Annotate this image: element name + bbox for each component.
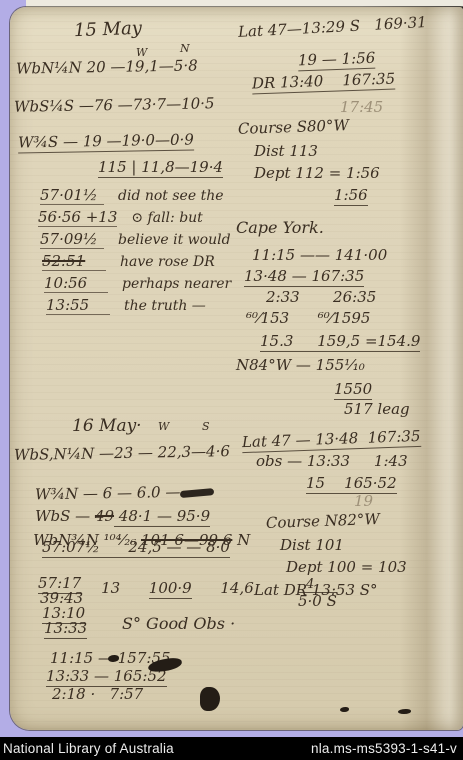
manuscript-line: Course S80°W [238,117,350,138]
manuscript-line: WbN¼N 20 —19,1—5·8 [16,57,198,77]
obs-row: 56·56 +13 ⊙ fall: but [38,209,203,227]
viewer-bottom-bar: National Library of Australia nla.ms-ms5… [0,737,463,760]
ink-blot [398,709,411,714]
manuscript-line: WbS,N¼N —23 — 22,3—4·6 [14,443,230,464]
library-label: National Library of Australia [3,741,174,756]
manuscript-line: 15.3 159,5 =154.9 [260,333,420,352]
manuscript-line: 517 leag [344,401,410,418]
line-text: N [232,531,250,549]
manuscript-line: obs — 13:33 1:43 [256,453,408,470]
manuscript-line: 57:07½ 24,5 — — 8·0 [42,539,230,558]
pencil-note: 19 [354,493,373,510]
manuscript-line: N84°W — 155⅒ [236,357,365,374]
manuscript-line: 2:18 · 7:57 [52,686,143,703]
date-heading-15-may: 15 May [74,19,143,42]
obs-note: ⊙ fall: but [131,210,202,226]
manuscript-page: 15 May W N WbN¼N 20 —19,1—5·8 WbS¼S —76 … [10,7,463,730]
obs-row: 57·01½ did not see the [40,187,224,205]
obs-number: 57·01½ [40,187,104,205]
obs-number: 52:51 [42,253,106,271]
manuscript-line: 11:15 —— 141·00 [252,247,387,264]
ink-blot [200,687,220,711]
manuscript-line: 2:33 26:35 [266,289,376,306]
obs-number: 56·56 +13 [38,209,117,227]
obs-number: 13:55 [46,297,110,315]
manuscript-line: 1:56 [334,187,368,206]
line-text: 13 [101,579,149,597]
pencil-note: 17:45 [340,99,383,116]
manuscript-line: 1550 [334,381,372,400]
manuscript-line: Dist 101 [280,537,344,554]
obs-row: 52:51 have rose DR [42,253,215,271]
obs-note: did not see the [118,188,224,204]
obs-row: 13:55 the truth — [46,297,206,315]
obs-note: perhaps nearer [122,276,231,292]
manuscript-line: Lat 47—13:29 S 169·31 [238,14,428,41]
obs-note: the truth — [124,298,206,314]
manuscript-line: 13 100·9 14,6 [82,563,254,615]
obs-number: 10:56 [44,275,108,293]
good-obs-note: S° Good Obs · [122,615,235,633]
obs-note: have rose DR [120,254,215,270]
obs-note: believe it would [118,232,231,248]
manuscript-line: 13·48 — 167:35 [244,268,364,287]
manuscript-line: WbS¼S —76 —73·7—10·5 [14,95,215,116]
column-header-s: S [202,421,210,434]
manuscript-line: ⁶⁰⁄153 ⁶⁰⁄1595 [246,310,370,327]
manuscript-line: Course N82°W [266,511,380,532]
date-heading-16-may: 16 May· [72,417,142,437]
obs-number: 57·09½ [40,231,104,249]
manuscript-line: Lat DR 13:53 S° [254,582,378,599]
column-header-w: W [158,421,169,434]
image-id-label: nla.ms-ms5393-1-s41-v [311,741,457,756]
line-text: 14,6 [192,579,254,597]
manuscript-line: Dept 100 = 103 [286,559,407,576]
manuscript-line: 19 — 1:56 [298,50,376,72]
obs-row: 10:56 perhaps nearer [44,275,231,293]
ink-blot [340,707,349,712]
wind-superscript-n: N [180,43,190,56]
cape-york-heading: Cape York. [236,219,324,237]
obs-row: 57·09½ believe it would [40,231,231,249]
manuscript-line: 115 | 11,8—19·4 [98,159,223,178]
manuscript-line: Lat 47 — 13·48 167:35 [242,428,421,453]
manuscript-line: 13:33 [44,620,87,639]
manuscript-line: DR 13:40 167:35 [252,71,396,95]
manuscript-line: Dist 113 [254,143,318,160]
manuscript-line: Dept 112 = 1:56 [254,165,380,182]
line-text: 100·9 [149,579,192,599]
manuscript-line: 15 165·52 [306,475,397,494]
manuscript-line: W¾S — 19 —19·0—0·9 [18,131,194,153]
